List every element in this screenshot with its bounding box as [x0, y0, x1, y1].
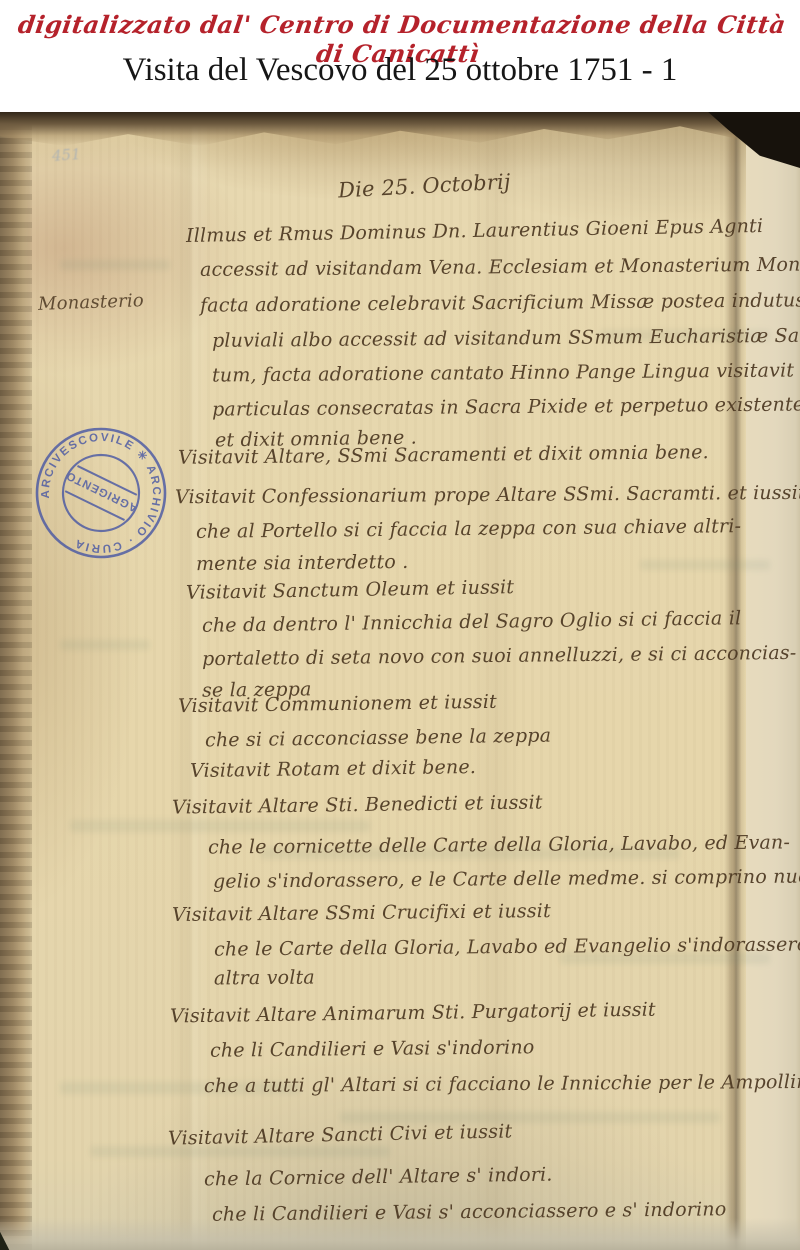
bleed-through-mark: [60, 640, 150, 650]
manuscript-line: Visitavit Communionem et iussit: [178, 691, 497, 717]
page-title: Visita del Vescovo del 25 ottobre 1751 -…: [0, 52, 800, 89]
manuscript-line: che a tutti gl' Altari si ci facciano le…: [204, 1071, 800, 1097]
manuscript-line: Visitavit Rotam et dixit bene.: [190, 756, 476, 782]
bleed-through-mark: [70, 820, 370, 832]
bleed-through-mark: [640, 560, 770, 570]
folio-number: 451: [51, 145, 81, 165]
manuscript-line: Monasterio: [38, 290, 145, 315]
scanned-document-page: digitalizzato dal' Centro di Documentazi…: [0, 0, 800, 1250]
manuscript-line: che li Candilieri e Vasi s'indorino: [210, 1036, 535, 1061]
binding-edge: [0, 112, 32, 1250]
manuscript-line: Visitavit Confessionarium prope Altare S…: [175, 482, 800, 508]
bleed-through-mark: [60, 260, 170, 270]
bleed-through-mark: [340, 1112, 720, 1123]
archive-stamp: ARCIVESCOVILE ✳ ARCHIVIO · CURIA AGRIGEN…: [26, 418, 176, 568]
manuscript-line: mente sia interdetto .: [196, 551, 409, 575]
manuscript-line: Visitavit Altare SSmi Crucifixi et iussi…: [172, 900, 551, 926]
manuscript-line: altra volta: [214, 967, 315, 990]
